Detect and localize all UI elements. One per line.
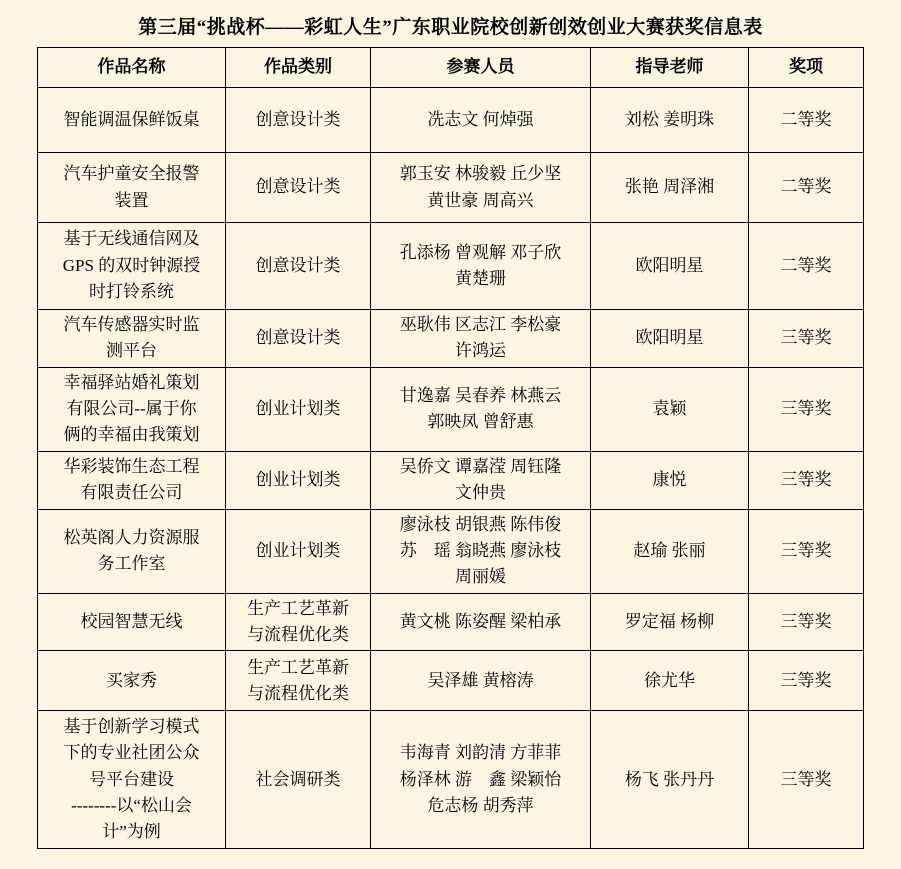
cell-teachers: 张艳 周泽湘 (591, 153, 749, 223)
cell-teachers: 徐尤华 (591, 651, 749, 711)
cell-teachers: 刘松 姜明珠 (591, 88, 749, 153)
col-header-category: 作品类别 (226, 48, 371, 88)
cell-work-name: 松英阁人力资源服 务工作室 (38, 509, 226, 593)
cell-teachers: 袁颖 (591, 367, 749, 451)
cell-award: 二等奖 (749, 153, 864, 223)
col-header-award: 奖项 (749, 48, 864, 88)
cell-award: 三等奖 (749, 451, 864, 509)
cell-participants: 冼志文 何焯强 (371, 88, 591, 153)
table-row: 汽车传感器实时监 测平台 创意设计类 巫耿伟 区志江 李松豪 许鸿运 欧阳明星 … (38, 310, 864, 368)
cell-participants: 孔添杨 曾观解 邓子欣 黄楚珊 (371, 223, 591, 310)
cell-category: 创业计划类 (226, 509, 371, 593)
table-row: 智能调温保鲜饭桌 创意设计类 冼志文 何焯强 刘松 姜明珠 二等奖 (38, 88, 864, 153)
cell-category: 生产工艺革新 与流程优化类 (226, 593, 371, 651)
cell-award: 三等奖 (749, 711, 864, 849)
cell-work-name: 校园智慧无线 (38, 593, 226, 651)
table-row: 华彩装饰生态工程 有限责任公司 创业计划类 吴侨文 谭嘉滢 周钰隆 文仲贵 康悦… (38, 451, 864, 509)
cell-work-name: 华彩装饰生态工程 有限责任公司 (38, 451, 226, 509)
cell-award: 三等奖 (749, 310, 864, 368)
cell-work-name: 汽车传感器实时监 测平台 (38, 310, 226, 368)
col-header-work-name: 作品名称 (38, 48, 226, 88)
table-row: 松英阁人力资源服 务工作室 创业计划类 廖泳枝 胡银燕 陈伟俊 苏 瑶 翁晓燕 … (38, 509, 864, 593)
cell-teachers: 杨飞 张丹丹 (591, 711, 749, 849)
table-row: 汽车护童安全报警 装置 创意设计类 郭玉安 林骏毅 丘少坚 黄世豪 周高兴 张艳… (38, 153, 864, 223)
cell-award: 三等奖 (749, 593, 864, 651)
document-page: 第三届“挑战杯——彩虹人生”广东职业院校创新创效创业大赛获奖信息表 作品名称 作… (0, 0, 901, 869)
cell-participants: 甘逸嘉 吴春养 林燕云 郭映凤 曾舒惠 (371, 367, 591, 451)
cell-award: 三等奖 (749, 367, 864, 451)
cell-participants: 廖泳枝 胡银燕 陈伟俊 苏 瑶 翁晓燕 廖泳枝 周丽媛 (371, 509, 591, 593)
page-title: 第三届“挑战杯——彩虹人生”广东职业院校创新创效创业大赛获奖信息表 (0, 0, 901, 39)
col-header-participants: 参赛人员 (371, 48, 591, 88)
cell-work-name: 买家秀 (38, 651, 226, 711)
cell-teachers: 欧阳明星 (591, 310, 749, 368)
cell-participants: 吴侨文 谭嘉滢 周钰隆 文仲贵 (371, 451, 591, 509)
cell-participants: 郭玉安 林骏毅 丘少坚 黄世豪 周高兴 (371, 153, 591, 223)
cell-teachers: 欧阳明星 (591, 223, 749, 310)
table-row: 校园智慧无线 生产工艺革新 与流程优化类 黄文桃 陈姿醒 梁柏承 罗定福 杨柳 … (38, 593, 864, 651)
cell-participants: 韦海青 刘韵清 方菲菲 杨泽林 游 鑫 梁颖怡 危志杨 胡秀萍 (371, 711, 591, 849)
cell-award: 二等奖 (749, 223, 864, 310)
cell-teachers: 罗定福 杨柳 (591, 593, 749, 651)
cell-award: 三等奖 (749, 509, 864, 593)
table-header-row: 作品名称 作品类别 参赛人员 指导老师 奖项 (38, 48, 864, 88)
cell-category: 创意设计类 (226, 310, 371, 368)
cell-work-name: 汽车护童安全报警 装置 (38, 153, 226, 223)
cell-award: 三等奖 (749, 651, 864, 711)
cell-work-name: 幸福驿站婚礼策划 有限公司--属于你 俩的幸福由我策划 (38, 367, 226, 451)
cell-category: 创意设计类 (226, 88, 371, 153)
cell-participants: 黄文桃 陈姿醒 梁柏承 (371, 593, 591, 651)
table-row: 基于无线通信网及 GPS 的双时钟源授 时打铃系统 创意设计类 孔添杨 曾观解 … (38, 223, 864, 310)
table-row: 基于创新学习模式 下的专业社团公众 号平台建设 --------以“松山会 计”… (38, 711, 864, 849)
table-row: 买家秀 生产工艺革新 与流程优化类 吴泽雄 黄榕涛 徐尤华 三等奖 (38, 651, 864, 711)
cell-participants: 吴泽雄 黄榕涛 (371, 651, 591, 711)
cell-work-name: 基于无线通信网及 GPS 的双时钟源授 时打铃系统 (38, 223, 226, 310)
award-info-table: 作品名称 作品类别 参赛人员 指导老师 奖项 智能调温保鲜饭桌 创意设计类 冼志… (37, 47, 864, 849)
col-header-teachers: 指导老师 (591, 48, 749, 88)
cell-category: 社会调研类 (226, 711, 371, 849)
cell-category: 创业计划类 (226, 451, 371, 509)
cell-work-name: 基于创新学习模式 下的专业社团公众 号平台建设 --------以“松山会 计”… (38, 711, 226, 849)
cell-teachers: 赵瑜 张丽 (591, 509, 749, 593)
cell-award: 二等奖 (749, 88, 864, 153)
cell-participants: 巫耿伟 区志江 李松豪 许鸿运 (371, 310, 591, 368)
cell-category: 创意设计类 (226, 223, 371, 310)
cell-category: 创业计划类 (226, 367, 371, 451)
cell-work-name: 智能调温保鲜饭桌 (38, 88, 226, 153)
cell-category: 生产工艺革新 与流程优化类 (226, 651, 371, 711)
cell-category: 创意设计类 (226, 153, 371, 223)
table-row: 幸福驿站婚礼策划 有限公司--属于你 俩的幸福由我策划 创业计划类 甘逸嘉 吴春… (38, 367, 864, 451)
cell-teachers: 康悦 (591, 451, 749, 509)
